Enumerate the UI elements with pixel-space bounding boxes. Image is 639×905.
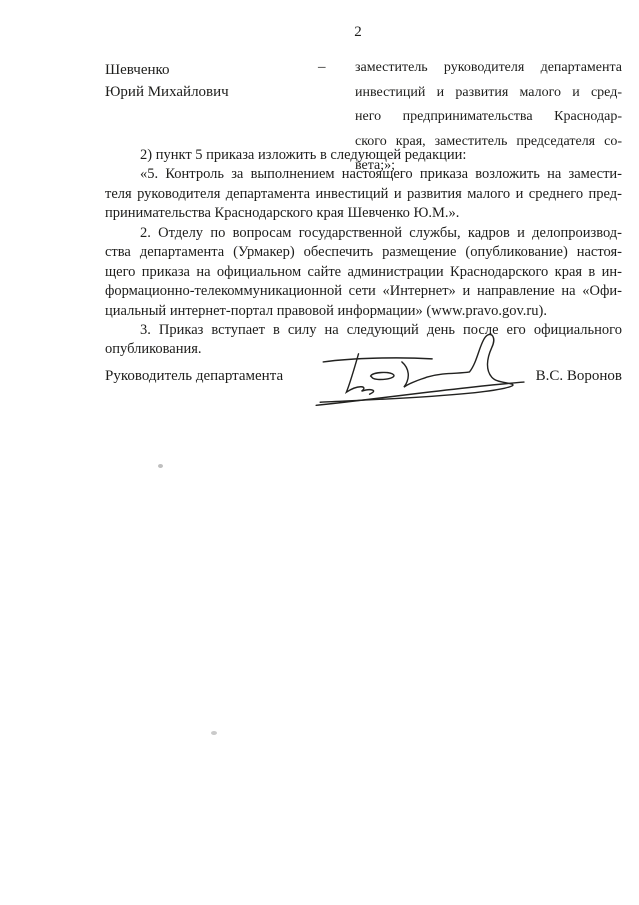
list-term-name: ШевченкоЮрий Михайлович	[105, 56, 310, 103]
text-line: 2. Отделу по вопросам государственной сл…	[105, 224, 622, 243]
text-line: 2) пункт 5 приказа изложить в следующей …	[105, 146, 622, 165]
paragraph-point-2: 2. Отделу по вопросам государственной сл…	[105, 224, 622, 321]
scanned-document-page: 2 ШевченкоЮрий Михайлович – заместитель …	[0, 0, 639, 905]
handwritten-signature	[298, 330, 532, 416]
page-number: 2	[340, 23, 376, 41]
text-line: него предпринимательства Краснодар-	[355, 105, 622, 130]
signature-stroke	[371, 372, 394, 379]
scan-speck	[158, 464, 163, 468]
list-separator-dash: –	[310, 56, 355, 76]
paragraph-subitem-2: 2) пункт 5 приказа изложить в следующей …	[105, 146, 622, 165]
text-line: принимательства Краснодарского края Шевч…	[105, 204, 622, 223]
text-line: формационно-телекоммуникационной сети «И…	[105, 282, 622, 301]
document-body: 2) пункт 5 приказа изложить в следующей …	[105, 146, 622, 360]
text-line: Шевченко	[105, 59, 310, 81]
text-line: циальный интернет-портал правовой информ…	[105, 302, 622, 321]
paragraph-point-5-quote: «5. Контроль за выполнением настоящего п…	[105, 165, 622, 223]
signer-name: В.С. Воронов	[536, 366, 622, 386]
text-line: щего приказа на официальном сайте админи…	[105, 263, 622, 282]
text-line: теля руководителя департамента инвестици…	[105, 185, 622, 204]
text-line: ства департамента (Урмакер) обеспечить р…	[105, 243, 622, 262]
scan-speck	[211, 731, 217, 735]
text-line: «5. Контроль за выполнением настоящего п…	[105, 165, 622, 184]
signature-stroke	[323, 358, 432, 362]
text-line: Юрий Михайлович	[105, 81, 310, 103]
text-line: инвестиций и развития малого и сред-	[355, 81, 622, 106]
signature-stroke	[320, 334, 513, 402]
signer-role-label: Руководитель департамента	[105, 366, 283, 386]
text-line: заместитель руководителя департамента	[355, 56, 622, 81]
signature-stroke	[316, 382, 524, 405]
